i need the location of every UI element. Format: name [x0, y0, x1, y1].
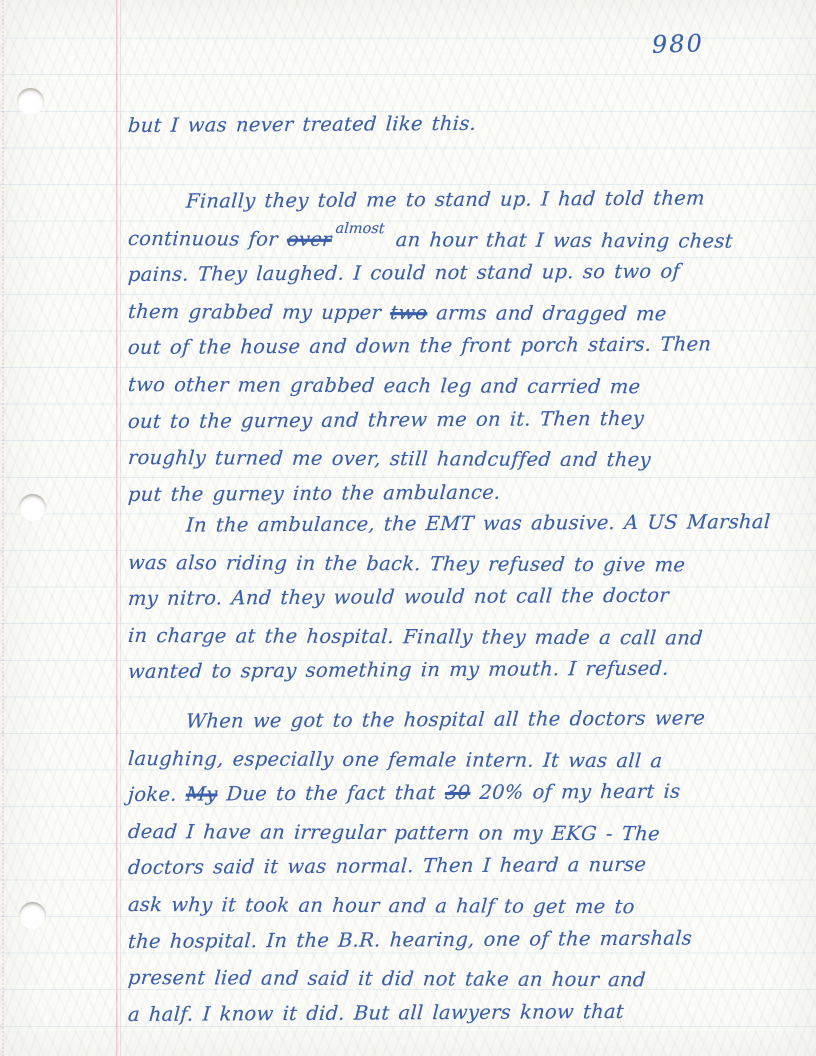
handwritten-line: When we got to the hospital all the doct…: [127, 700, 747, 740]
handwritten-line: doctors said it was normal. Then I heard…: [127, 847, 747, 887]
handwritten-line: pains. They laughed. I could not stand u…: [127, 253, 747, 293]
handwritten-line: out of the house and down the front porc…: [127, 327, 747, 367]
handwritten-line: a half. I know it did. But all lawyers k…: [127, 993, 747, 1033]
handwritten-line: the hospital. In the B.R. hearing, one o…: [127, 920, 747, 960]
strikethrough-text: over: [286, 227, 333, 250]
strikethrough-text: two: [389, 301, 428, 324]
handwritten-line: joke. My Due to the fact that 30 20% of …: [127, 773, 747, 813]
paragraph: When we got to the hospital all the doct…: [128, 704, 746, 1033]
handwritten-line: Finally they told me to stand up. I had …: [127, 180, 747, 220]
paragraph: In the ambulance, the EMT was abusive. A…: [128, 508, 746, 691]
handwriting-body: but I was never treated like this.Finall…: [0, 0, 816, 1056]
paragraph: but I was never treated like this.: [128, 108, 746, 145]
handwritten-line: In the ambulance, the EMT was abusive. A…: [127, 504, 747, 544]
handwritten-line: my nitro. And they would would not call …: [127, 577, 747, 617]
handwritten-line: wanted to spray something in my mouth. I…: [127, 651, 747, 691]
handwritten-line: but I was never treated like this.: [127, 104, 747, 144]
scanned-notebook-page: 980 but I was never treated like this.Fi…: [0, 0, 816, 1056]
paragraph: Finally they told me to stand up. I had …: [128, 184, 746, 513]
handwritten-line: out to the gurney and threw me on it. Th…: [127, 400, 747, 440]
inserted-text: almost: [335, 221, 385, 237]
strikethrough-text: 30: [444, 781, 471, 804]
strikethrough-text: My: [185, 783, 218, 806]
